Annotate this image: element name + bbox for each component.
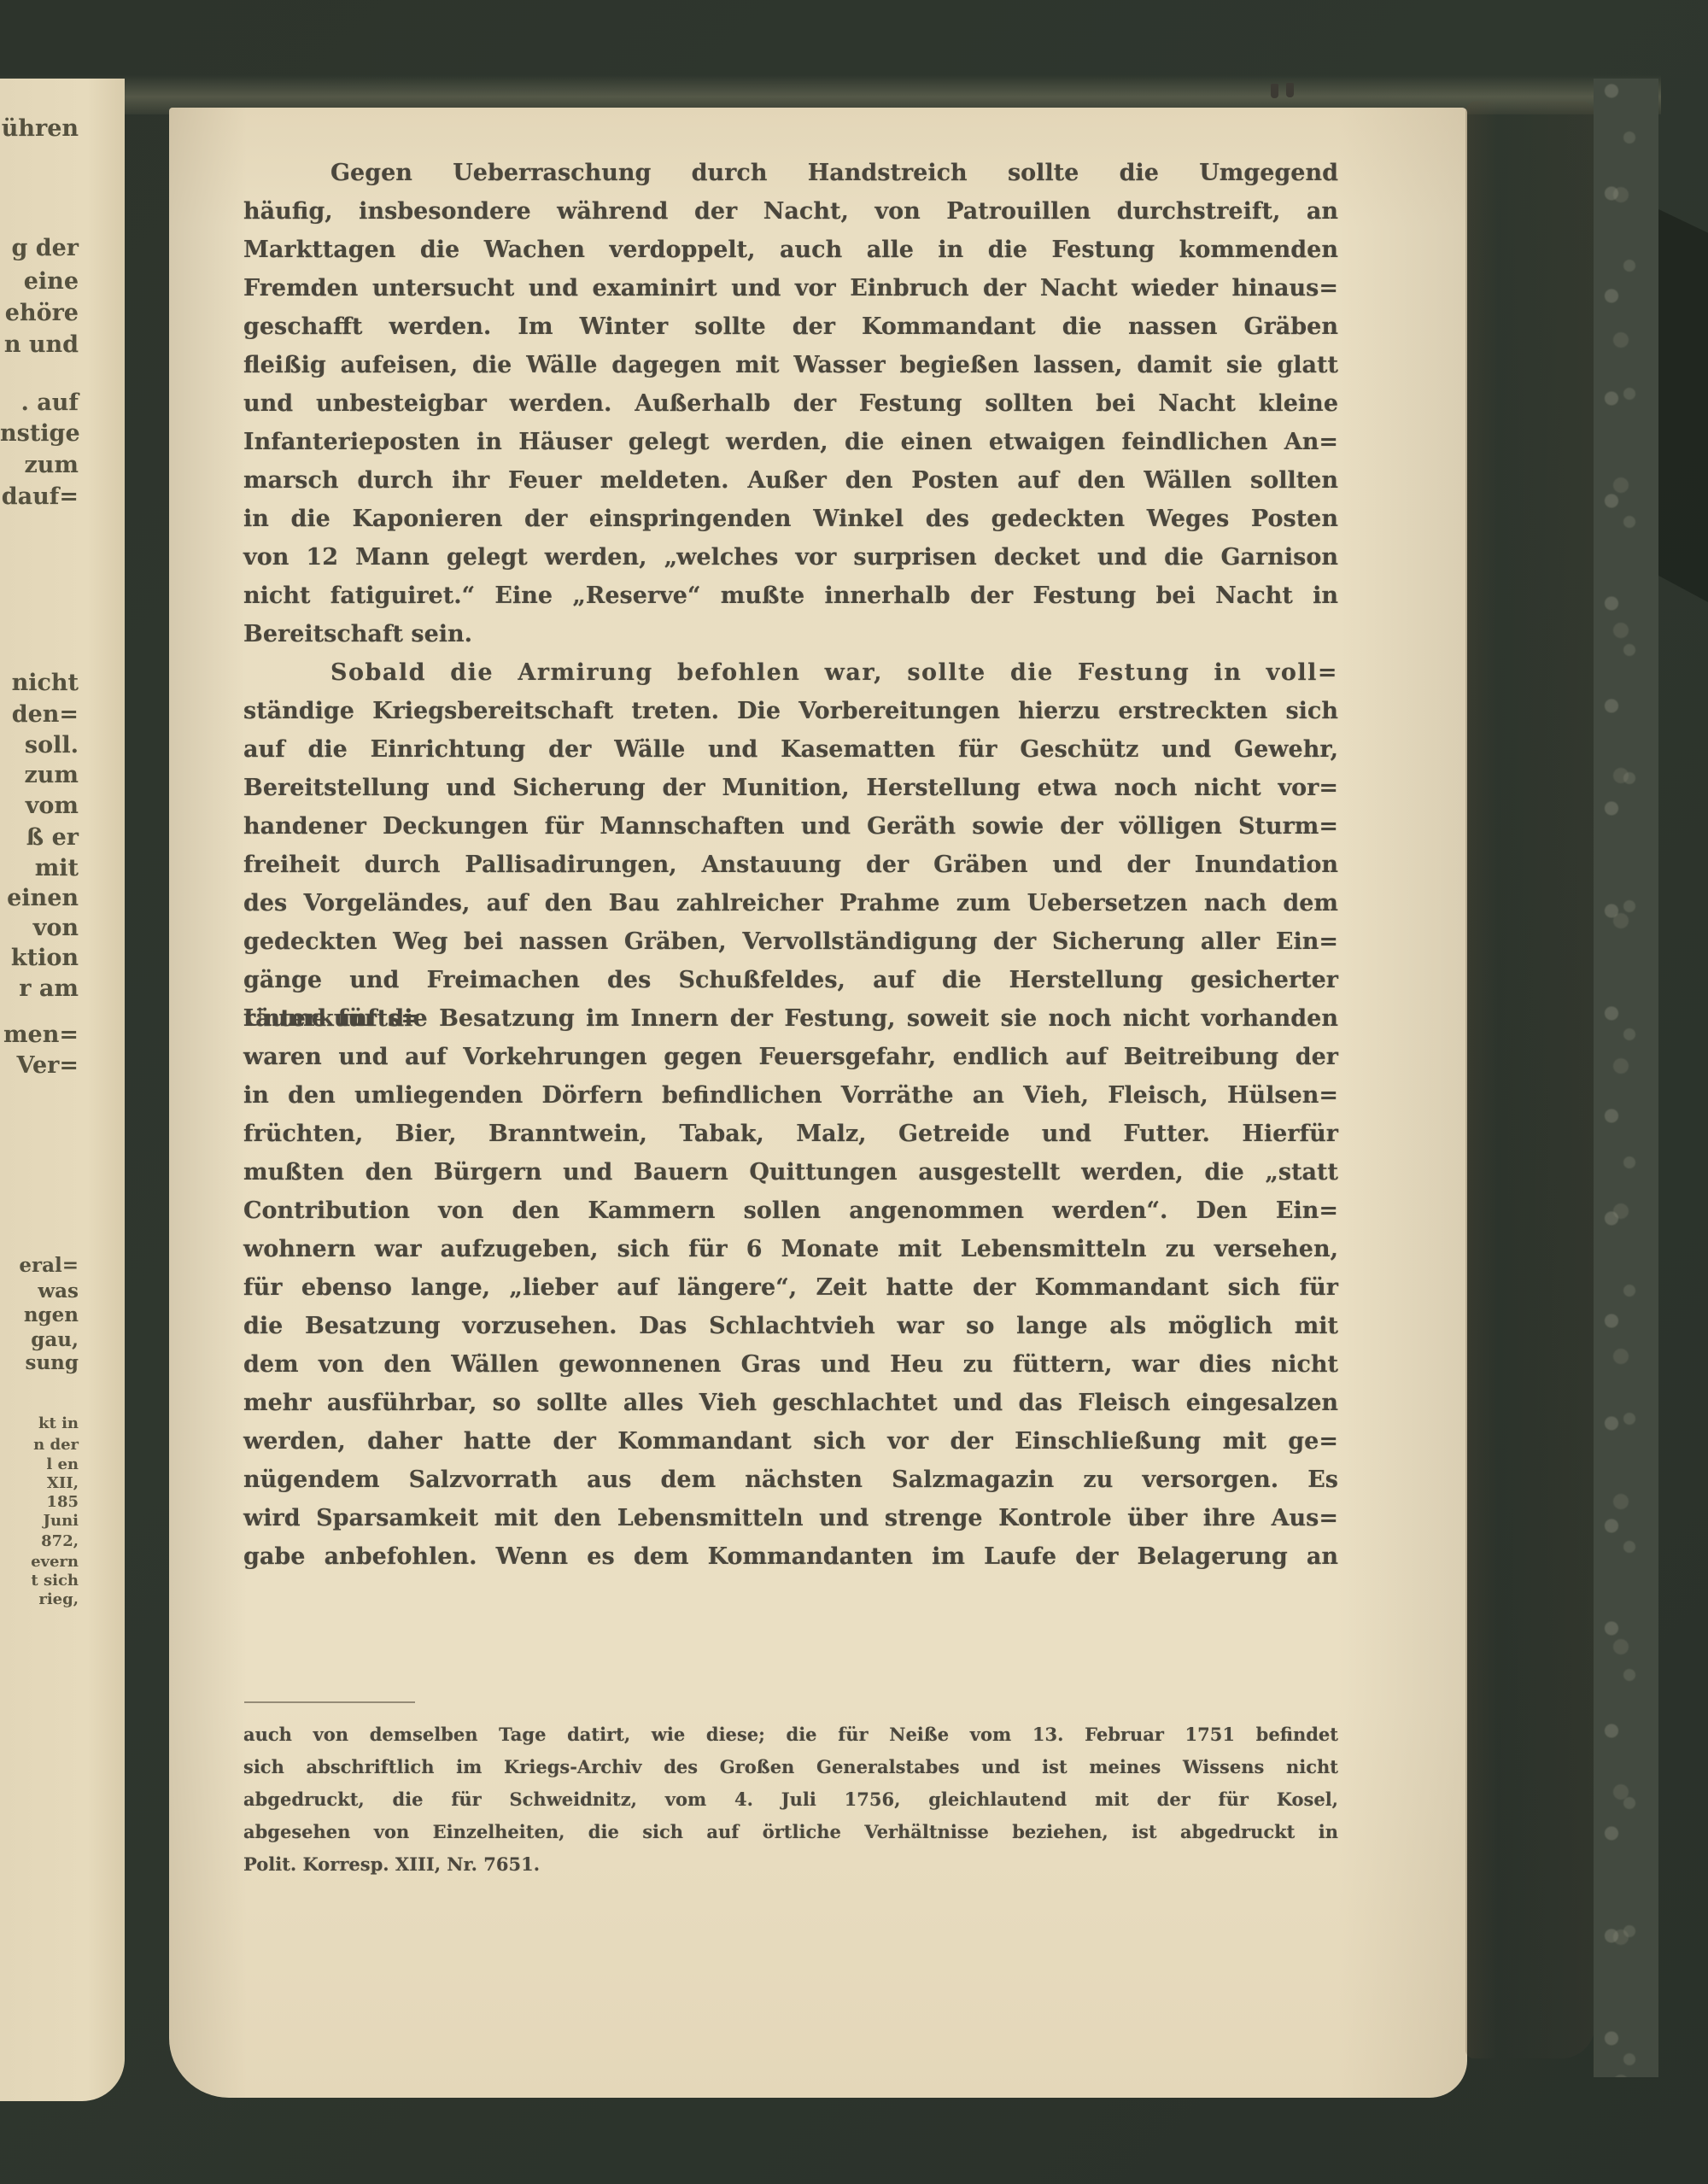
text-line: nicht fatiguiret.“ Eine „Reserve“ mußte … — [243, 577, 1338, 615]
text-line: handener Deckungen für Mannschaften und … — [243, 807, 1338, 846]
left-page-fragment: l en — [0, 1455, 79, 1473]
left-page-fragment: n der — [0, 1436, 79, 1454]
left-page-fragment: t sich — [0, 1572, 79, 1590]
footnote-line: Polit. Korresp. XIII, Nr. 7651. — [243, 1848, 1338, 1881]
page-number-remnant-mark — [1286, 83, 1294, 97]
page-stack-fore-edge — [1465, 101, 1595, 2058]
left-page-fragment: r am — [0, 975, 79, 1002]
text-line: freiheit durch Pallisadirungen, Anstauun… — [243, 846, 1338, 884]
text-line: marsch durch ihr Feuer meldeten. Außer d… — [243, 461, 1338, 500]
text-line: und unbesteigbar werden. Außerhalb der F… — [243, 384, 1338, 423]
left-page-fragment: nstige — [0, 420, 79, 447]
scanned-book-photo: ühren g der eine ehöre n und . auf nstig… — [0, 0, 1708, 2184]
footnote-line: auch von demselben Tage datirt, wie dies… — [243, 1719, 1338, 1751]
left-page-fragment: evern — [0, 1553, 79, 1571]
footnote-line: abgesehen von Einzelheiten, die sich auf… — [243, 1816, 1338, 1848]
text-line: nügendem Salzvorrath aus dem nächsten Sa… — [243, 1461, 1338, 1499]
text-line: des Vorgeländes, auf den Bau zahlreicher… — [243, 884, 1338, 922]
left-page-fragment: zum — [0, 762, 79, 788]
left-page-edge — [0, 79, 125, 2101]
text-line: Bereitschaft sein. — [243, 615, 1338, 653]
text-line: fleißig aufeisen, die Wälle dagegen mit … — [243, 346, 1338, 384]
text-line: früchten, Bier, Branntwein, Tabak, Malz,… — [243, 1115, 1338, 1153]
text-line: gedeckten Weg bei nassen Gräben, Vervoll… — [243, 922, 1338, 961]
text-line: Contribution von den Kammern sollen ange… — [243, 1192, 1338, 1230]
left-page-fragment: ehöre — [0, 300, 79, 326]
text-line: Gegen Ueberraschung durch Handstreich so… — [243, 154, 1338, 192]
text-line: mußten den Bürgern und Bauern Quittungen… — [243, 1153, 1338, 1192]
footnote-line: abgedruckt, die für Schweidnitz, vom 4. … — [243, 1783, 1338, 1816]
text-line: für ebenso lange, „lieber auf längere“, … — [243, 1268, 1338, 1307]
text-line: auf die Einrichtung der Wälle und Kasema… — [243, 730, 1338, 769]
text-line: gänge und Freimachen des Schußfeldes, au… — [243, 961, 1338, 999]
left-page-fragment: mit — [0, 855, 79, 881]
left-page-fragment: sung — [0, 1351, 79, 1374]
text-line: gabe anbefohlen. Wenn es dem Kommandante… — [243, 1537, 1338, 1576]
left-page-fragment: eral= — [0, 1254, 79, 1277]
text-line: ständige Kriegsbereitschaft treten. Die … — [243, 692, 1338, 730]
left-page-fragment: n und — [0, 331, 79, 358]
left-page-fragment: einen — [0, 885, 79, 911]
text-line: waren und auf Vorkehrungen gegen Feuersg… — [243, 1038, 1338, 1076]
left-page-fragment: Ver= — [0, 1052, 79, 1079]
left-page-fragment: Juni — [0, 1512, 79, 1530]
left-page-fragment: 872, — [0, 1532, 79, 1550]
left-page-fragment: eine — [0, 268, 79, 295]
left-page-fragment: ngen — [0, 1303, 79, 1326]
left-page-fragment: g der — [0, 235, 79, 261]
text-line: Infanterieposten in Häuser gelegt werden… — [243, 423, 1338, 461]
left-page-fragment: zum — [0, 452, 79, 478]
text-line: häufig, insbesondere während der Nacht, … — [243, 192, 1338, 231]
left-page-fragment: XII, — [0, 1474, 79, 1492]
text-line: Markttagen die Wachen verdoppelt, auch a… — [243, 231, 1338, 269]
left-page-fragment: ktion — [0, 945, 79, 971]
text-line: werden, daher hatte der Kommandant sich … — [243, 1422, 1338, 1461]
footnote-line: sich abschriftlich im Kriegs-Archiv des … — [243, 1751, 1338, 1783]
left-page-fragment: was — [0, 1279, 79, 1303]
left-page-fragment: men= — [0, 1022, 79, 1048]
left-page-fragment: nicht — [0, 670, 79, 696]
text-line: in den umliegenden Dörfern befindlichen … — [243, 1076, 1338, 1115]
left-page-fragment: den= — [0, 701, 79, 728]
cover-edge-mottled — [1594, 79, 1658, 2077]
text-line: wohnern war aufzugeben, sich für 6 Monat… — [243, 1230, 1338, 1268]
left-page-fragment: vom — [0, 793, 79, 819]
left-page-fragment: rieg, — [0, 1590, 79, 1608]
left-page-fragment: gau, — [0, 1328, 79, 1351]
text-line: räume für die Besatzung im Innern der Fe… — [243, 999, 1338, 1038]
text-line: Fremden untersucht und examinirt und vor… — [243, 269, 1338, 307]
text-line: in die Kaponieren der einspringenden Win… — [243, 500, 1338, 538]
left-page-fragment: von — [0, 915, 79, 941]
left-page-fragment: ühren — [0, 115, 79, 142]
text-line: dem von den Wällen gewonnenen Gras und H… — [243, 1345, 1338, 1384]
text-line: Bereitstellung und Sicherung der Munitio… — [243, 769, 1338, 807]
text-line: Sobald die Armirung befohlen war, sollte… — [243, 653, 1338, 692]
left-page-fragment: kt in — [0, 1414, 79, 1432]
text-line: die Besatzung vorzusehen. Das Schlachtvi… — [243, 1307, 1338, 1345]
left-page-fragment: . auf — [0, 389, 79, 416]
text-line: von 12 Mann gelegt werden, „welches vor … — [243, 538, 1338, 577]
text-line: wird Sparsamkeit mit den Lebensmitteln u… — [243, 1499, 1338, 1537]
left-page-fragment: ß er — [0, 824, 79, 851]
text-line: geschafft werden. Im Winter sollte der K… — [243, 307, 1338, 346]
footnote-separator-rule — [244, 1701, 415, 1703]
page-gutter-shadow — [125, 79, 169, 2101]
text-line: mehr ausführbar, so sollte alles Vieh ge… — [243, 1384, 1338, 1422]
left-page-fragment: 185 — [0, 1493, 79, 1511]
left-page-fragment: dauf= — [0, 483, 79, 510]
page-number-remnant-mark — [1271, 84, 1278, 98]
left-page-fragment: soll. — [0, 732, 79, 758]
